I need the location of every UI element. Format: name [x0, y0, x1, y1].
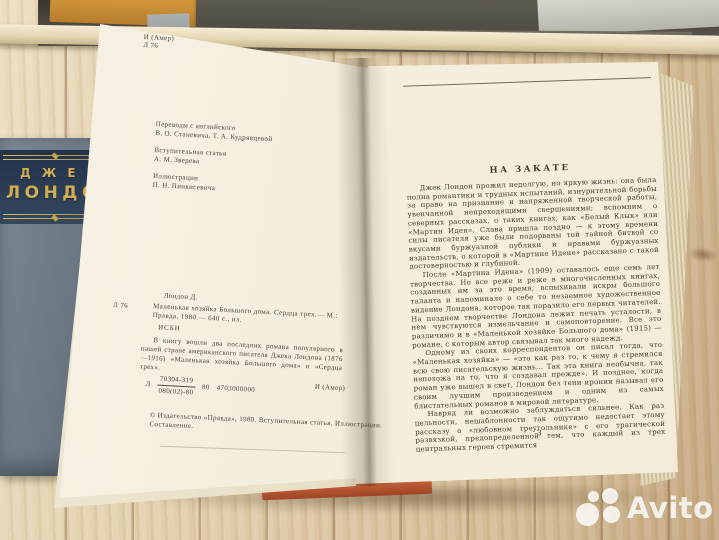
index-denominator: 080(02)-80 [157, 386, 195, 398]
credits-block: Переводы с английского В. О. Станевича, … [152, 120, 273, 204]
avito-wordmark: Avito [627, 491, 714, 525]
preface-paragraph: После «Мартина Идена» (1909) оставалось … [410, 263, 663, 350]
gold-ornament [51, 214, 58, 221]
preface-paragraph: Одному из своих корреспондентов он писал… [412, 341, 664, 411]
preface-body: Джек Лондон прожил недолгую, но яркую жи… [407, 176, 666, 454]
catalog-code: Л 76 [112, 300, 153, 320]
avito-watermark: Avito [576, 488, 714, 528]
avito-logo-icon [576, 488, 622, 528]
right-page-content: НА ЗАКАТЕ Джек Лондон прожил недолгую, н… [366, 44, 710, 475]
index-number: 4703000000 [216, 384, 255, 395]
classification-code: И (Амер) Л 76 [143, 33, 174, 51]
index-fraction: 70304-319 080(02)-80 [157, 375, 196, 398]
preface-title: НА ЗАКАТЕ [406, 160, 654, 179]
index-year: 80 [202, 383, 210, 392]
classification-code-bottom: Л 76 [143, 41, 174, 51]
header-rule [403, 77, 651, 87]
index-letter: Л [145, 380, 151, 389]
preface-paragraph: Джек Лондон прожил недолгую, но яркую жи… [407, 176, 660, 272]
book-photo: ДЖЕК ЛОНДОН И (Амер) Л 76 Переводы с анг… [0, 0, 719, 540]
intro-credit: Вступительная статья А. М. Зверева [154, 146, 272, 170]
illustrations-credit: Иллюстрации П. Н. Пинкисевича [152, 172, 270, 196]
